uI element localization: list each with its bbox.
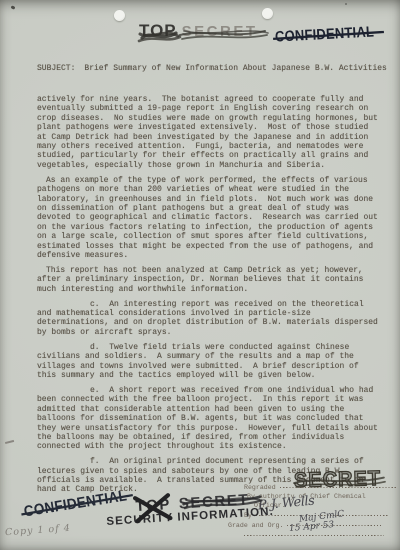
document-body: actively for nine years. The botanist ag… xyxy=(37,95,379,500)
punch-hole xyxy=(114,10,125,21)
pencil-mark xyxy=(5,440,14,444)
subject-label: SUBJECT: xyxy=(37,64,75,73)
paragraph-item-e: e. A short report was received from one … xyxy=(37,386,379,452)
paragraph-continuation: actively for nine years. The botanist ag… xyxy=(37,95,379,170)
dotted-line xyxy=(244,535,384,536)
document-page: TOPSECRET CONFIDENTIAL SUBJECT:Brief Sum… xyxy=(0,0,400,550)
top-secret-stamp-top: TOPSECRET xyxy=(139,21,263,47)
subject-line: SUBJECT:Brief Summary of New Information… xyxy=(37,64,387,73)
paragraph-item-d: d. Twelve field trials were conducted ag… xyxy=(37,343,379,381)
x-mark-icon xyxy=(131,493,175,524)
paragraph: This report has not been analyzed at Cam… xyxy=(37,266,379,294)
confidential-stamp-top: CONFIDENTIAL xyxy=(275,23,375,45)
strike-scribble-icon xyxy=(134,16,269,52)
paragraph: As an example of the type of work perfor… xyxy=(37,176,379,261)
subject-text: Brief Summary of New Information About J… xyxy=(84,64,386,73)
grade-label: Grade and Org. xyxy=(228,522,283,529)
ink-speck xyxy=(11,5,16,9)
dotted-line xyxy=(280,487,398,488)
ink-speck xyxy=(345,3,347,5)
paragraph-item-c: c. An interesting report was received on… xyxy=(37,300,379,338)
copy-annotation: Copy 1 of 4 xyxy=(5,523,71,539)
